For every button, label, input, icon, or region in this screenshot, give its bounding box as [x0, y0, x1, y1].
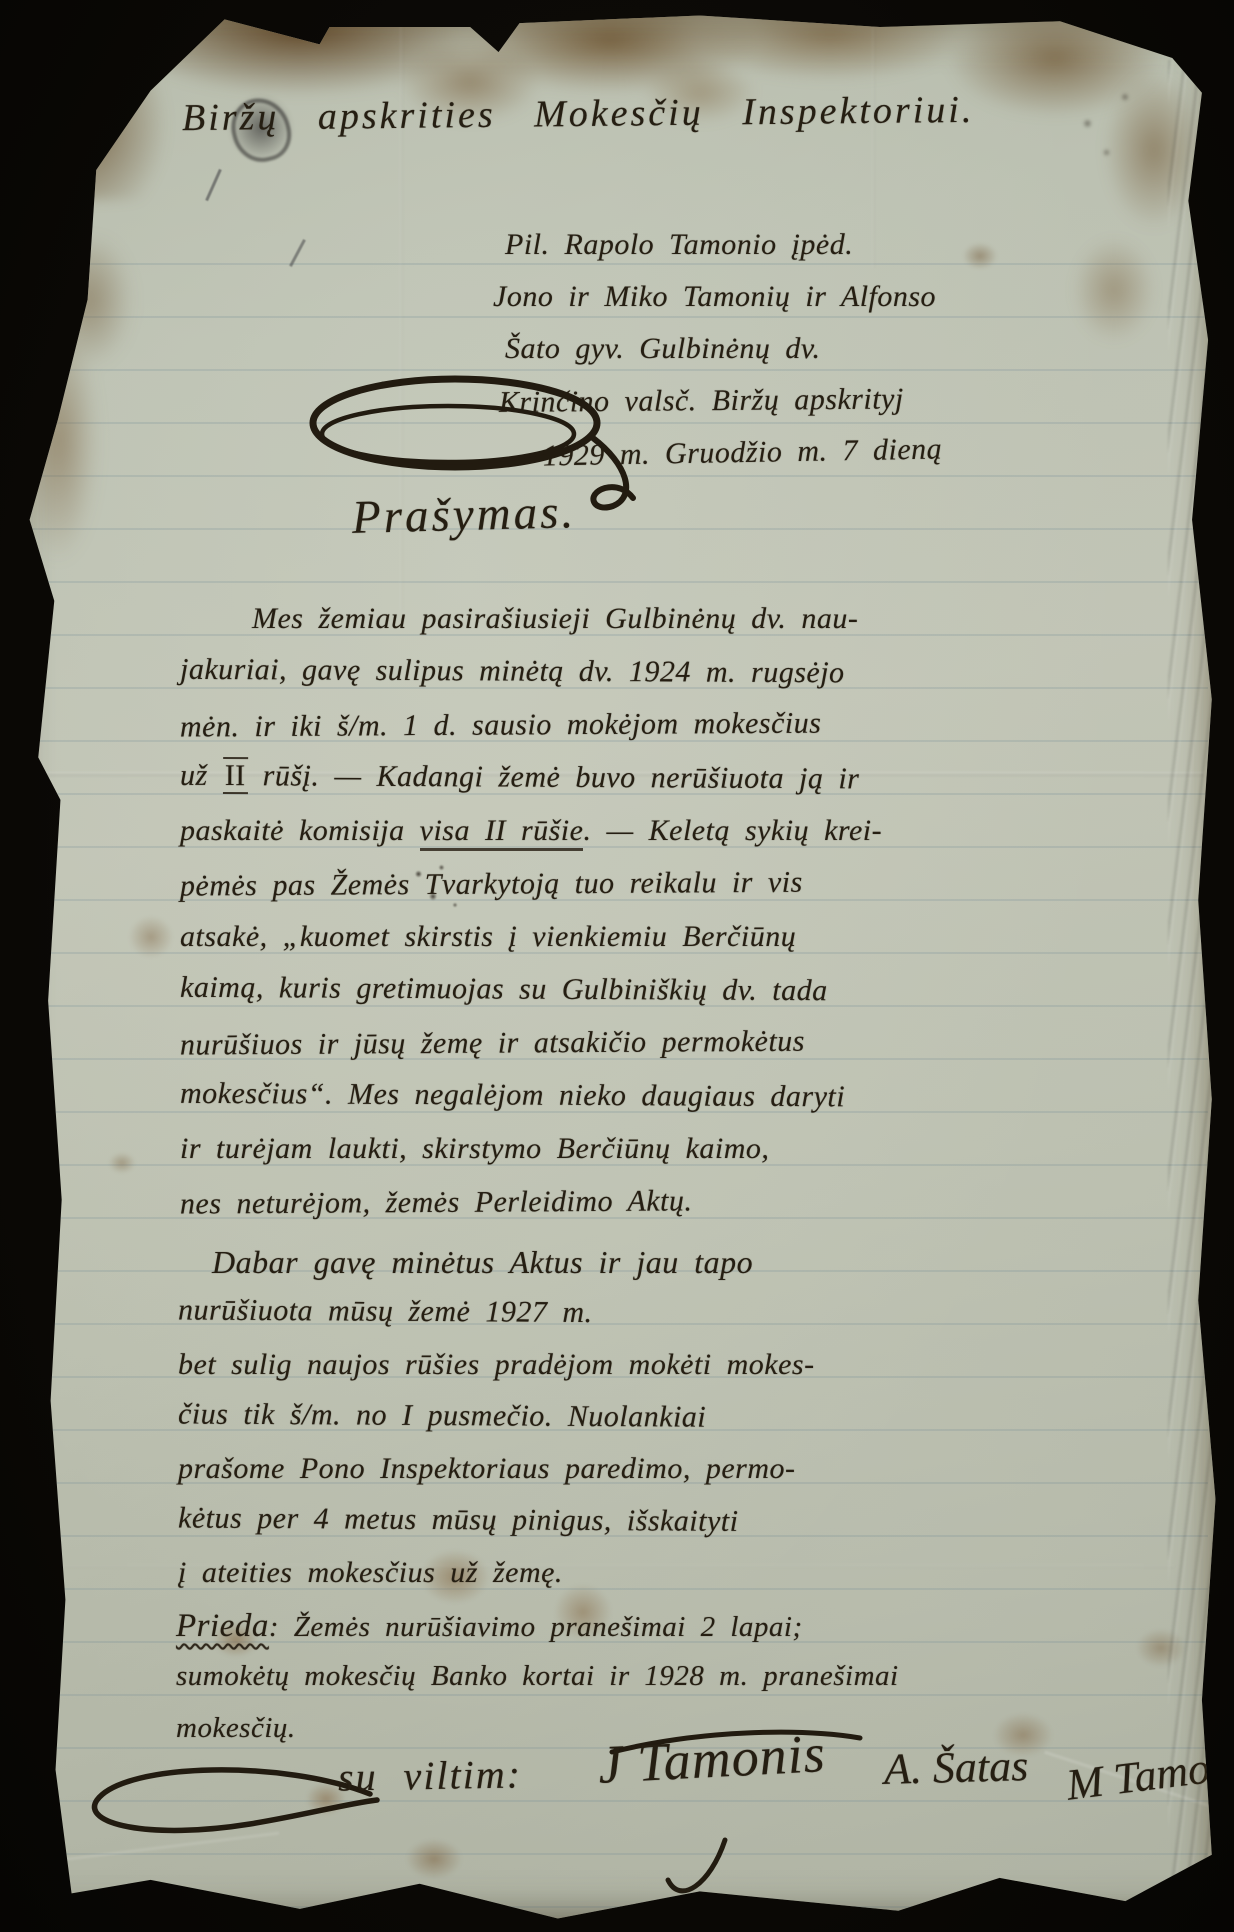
document-page: Biržų apskrities Mokesčių Inspektoriui. … [0, 0, 1234, 1932]
edge-vignette [0, 0, 1234, 1932]
scan-backdrop: Biržų apskrities Mokesčių Inspektoriui. … [0, 0, 1234, 1932]
